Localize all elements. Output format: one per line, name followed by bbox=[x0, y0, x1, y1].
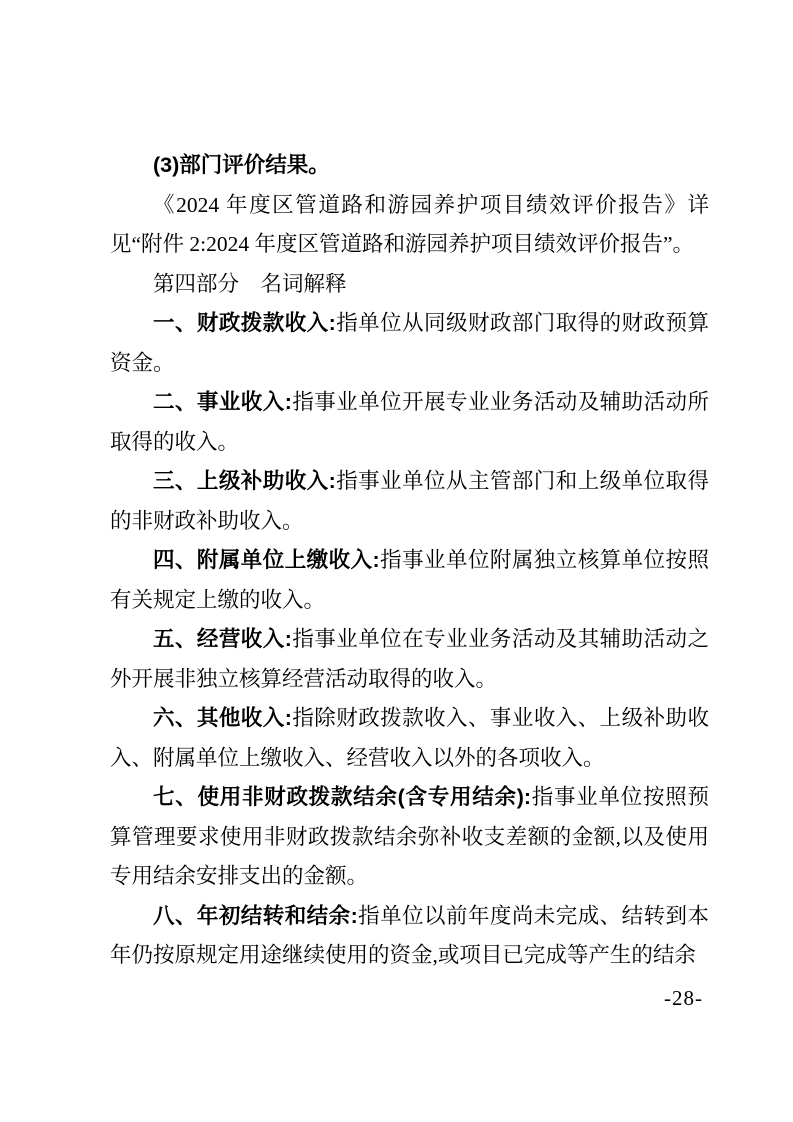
term-6-other-income: 六、其他收入:指除财政拨款收入、事业收入、上级补助收入、附属单位上缴收入、经营收… bbox=[110, 699, 709, 778]
term-label: 四、附属单位上缴收入: bbox=[153, 548, 380, 572]
term-7-use-of-non-fiscal-appropriation-surplus: 七、使用非财政拨款结余(含专用结余):指事业单位按照预算管理要求使用非财政拨款结… bbox=[110, 778, 709, 897]
term-3-superior-subsidy-income: 三、上级补助收入:指事业单位从主管部门和上级单位取得的非财政补助收入。 bbox=[110, 462, 709, 541]
term-label: (3)部门评价结果。 bbox=[153, 153, 330, 177]
term-4-affiliated-unit-remittance-income: 四、附属单位上缴收入:指事业单位附属独立核算单位按照有关规定上缴的收入。 bbox=[110, 541, 709, 620]
term-label: 二、事业收入: bbox=[153, 390, 292, 414]
document-body: (3)部门评价结果。《2024 年度区管道路和游园养护项目绩效评价报告》详见“附… bbox=[110, 146, 709, 976]
term-5-business-income: 五、经营收入:指事业单位在专业业务活动及其辅助活动之外开展非独立核算经营活动取得… bbox=[110, 620, 709, 699]
term-label: 五、经营收入: bbox=[153, 627, 292, 651]
term-definition-text: 《2024 年度区管道路和游园养护项目绩效评价报告》详见“附件 2:2024 年… bbox=[110, 193, 709, 257]
term-8-beginning-year-carryover-and-surplus: 八、年初结转和结余:指单位以前年度尚未完成、结转到本年仍按原规定用途继续使用的资… bbox=[110, 897, 709, 976]
term-label: 六、其他收入: bbox=[153, 706, 292, 730]
term-definition-text: 第四部分 名词解释 bbox=[153, 272, 347, 296]
term-label: 三、上级补助收入: bbox=[153, 469, 336, 493]
term-1-fiscal-appropriation-income: 一、财政拨款收入:指单位从同级财政部门取得的财政预算资金。 bbox=[110, 304, 709, 383]
page-number: -28- bbox=[664, 984, 703, 1012]
term-label: 一、财政拨款收入: bbox=[153, 311, 336, 335]
term-2-operating-income: 二、事业收入:指事业单位开展专业业务活动及辅助活动所取得的收入。 bbox=[110, 383, 709, 462]
term-label: 七、使用非财政拨款结余(含专用结余): bbox=[153, 785, 531, 809]
heading-department-evaluation-result: (3)部门评价结果。 bbox=[110, 146, 709, 186]
para-report-reference: 《2024 年度区管道路和游园养护项目绩效评价报告》详见“附件 2:2024 年… bbox=[110, 186, 709, 265]
document-page: (3)部门评价结果。《2024 年度区管道路和游园养护项目绩效评价报告》详见“附… bbox=[0, 0, 793, 1122]
heading-part4-glossary: 第四部分 名词解释 bbox=[110, 265, 709, 305]
term-label: 八、年初结转和结余: bbox=[153, 904, 358, 928]
